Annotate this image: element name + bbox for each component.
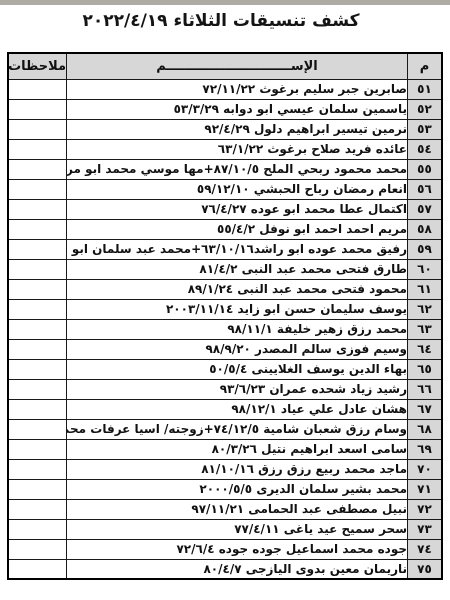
row-name-cell: رفيق محمد عوده ابو راشد٦٣/١٠/١٦+محمد عبد…	[67, 239, 408, 259]
row-number-cell: ٧٣	[408, 519, 443, 539]
coordination-list-table: م الإســــــــــــــــــــــــــــم ملاح…	[7, 52, 443, 580]
row-notes-cell	[8, 79, 67, 99]
row-name-cell: جوده محمد اسماعيل جوده جوده ٧٢/٦/٤	[67, 539, 408, 559]
table-row: ٧٣سحر سميح عيد ياغى ٧٧/٤/١١	[8, 519, 442, 539]
row-name-cell: سحر سميح عيد ياغى ٧٧/٤/١١	[67, 519, 408, 539]
row-notes-cell	[8, 419, 67, 439]
row-number-cell: ٥٤	[408, 139, 443, 159]
row-name-cell: وسيم فوزى سالم المصدر ٩٨/٩/٢٠	[67, 339, 408, 359]
row-notes-cell	[8, 299, 67, 319]
row-name-cell: طارق فتحى محمد عبد النبى ٨١/٤/٢	[67, 259, 408, 279]
row-number-cell: ٦٢	[408, 299, 443, 319]
row-notes-cell	[8, 239, 67, 259]
row-notes-cell	[8, 179, 67, 199]
row-number-cell: ٧١	[408, 479, 443, 499]
row-number-cell: ٥٩	[408, 239, 443, 259]
row-notes-cell	[8, 259, 67, 279]
table-row: ٦٨وسام رزق شعبان شامية ٧٤/١٢/٥+زوجته/ اس…	[8, 419, 442, 439]
table-row: ٧١محمد بشير سلمان الديرى ٢٠٠٠/٥/٥	[8, 479, 442, 499]
table-row: ٥٩رفيق محمد عوده ابو راشد٦٣/١٠/١٦+محمد ع…	[8, 239, 442, 259]
row-name-cell: محمد محمود ربحي الملح ٨٧/١٠/٥+مها موسي م…	[67, 159, 408, 179]
header-cell-number: م	[408, 53, 443, 79]
table-row: ٥٢ياسمين سلمان عيسي ابو دوابه ٥٣/٣/٢٩	[8, 99, 442, 119]
row-notes-cell	[8, 279, 67, 299]
row-name-cell: اكتمال عطا محمد ابو عوده ٧٦/٤/٢٧	[67, 199, 408, 219]
row-notes-cell	[8, 379, 67, 399]
header-row: م الإســــــــــــــــــــــــــــم ملاح…	[8, 53, 442, 79]
row-name-cell: ماجد محمد ربيع رزق رزق ٨١/١٠/١٦	[67, 459, 408, 479]
table-row: ٧٤جوده محمد اسماعيل جوده جوده ٧٢/٦/٤	[8, 539, 442, 559]
scan-edge-strip	[0, 0, 450, 5]
row-notes-cell	[8, 319, 67, 339]
row-number-cell: ٦٧	[408, 399, 443, 419]
table-row: ٦٩سامى اسعد ابراهيم نتيل ٨٠/٣/٢٦	[8, 439, 442, 459]
row-number-cell: ٦٣	[408, 319, 443, 339]
table-row: ٧٥ناريمان معين بدوى اليازجى ٨٠/٤/٧	[8, 559, 442, 579]
row-name-cell: محمود فتحى محمد عبد النبى ٨٩/١/٢٤	[67, 279, 408, 299]
row-number-cell: ٥٧	[408, 199, 443, 219]
row-name-cell: عائده فريد صلاح برغوث ٦٣/١/٢٢	[67, 139, 408, 159]
table-row: ٦٢يوسف سليمان حسن ابو زايد ٢٠٠٣/١١/١٤	[8, 299, 442, 319]
row-number-cell: ٦٦	[408, 379, 443, 399]
table-row: ٦١محمود فتحى محمد عبد النبى ٨٩/١/٢٤	[8, 279, 442, 299]
table-row: ٥٣نرمين تيسير ابراهيم دلول ٩٢/٤/٢٩	[8, 119, 442, 139]
row-name-cell: وسام رزق شعبان شامية ٧٤/١٢/٥+زوجته/ اسيا…	[67, 419, 408, 439]
document-title: كشف تنسيقات الثلاثاء ٢٠٢٢/٤/١٩	[0, 11, 442, 31]
row-number-cell: ٧٢	[408, 499, 443, 519]
row-name-cell: انعام رمضان رباح الحبشي ٥٩/١٢/١٠	[67, 179, 408, 199]
row-number-cell: ٦١	[408, 279, 443, 299]
table-row: ٦٦رشيد زياد شحده عمران ٩٣/٦/٢٣	[8, 379, 442, 399]
row-notes-cell	[8, 519, 67, 539]
table-row: ٦٥بهاء الدين يوسف الغلايينى ٥٠/٥/٤	[8, 359, 442, 379]
row-number-cell: ٥٣	[408, 119, 443, 139]
row-name-cell: محمد بشير سلمان الديرى ٢٠٠٠/٥/٥	[67, 479, 408, 499]
table-row: ٦٧هشان عادل علي عياد ٩٨/١٢/١	[8, 399, 442, 419]
header-cell-name: الإســــــــــــــــــــــــــــم	[67, 53, 408, 79]
row-notes-cell	[8, 479, 67, 499]
row-name-cell: هشان عادل علي عياد ٩٨/١٢/١	[67, 399, 408, 419]
row-name-cell: مريم احمد احمد ابو نوفل ٥٥/٤/٢	[67, 219, 408, 239]
row-name-cell: صابرين جبر سليم برغوث ٧٢/١١/٢٢	[67, 79, 408, 99]
row-name-cell: بهاء الدين يوسف الغلايينى ٥٠/٥/٤	[67, 359, 408, 379]
row-number-cell: ٥١	[408, 79, 443, 99]
table-header: م الإســــــــــــــــــــــــــــم ملاح…	[8, 53, 442, 79]
row-number-cell: ٥٥	[408, 159, 443, 179]
row-name-cell: نبيل مصطفى عبد الحمامى ٩٧/١١/٢١	[67, 499, 408, 519]
row-notes-cell	[8, 439, 67, 459]
table-row: ٦٣محمد رزق زهير خليفة ٩٨/١١/١	[8, 319, 442, 339]
row-notes-cell	[8, 199, 67, 219]
row-number-cell: ٦٠	[408, 259, 443, 279]
row-number-cell: ٦٨	[408, 419, 443, 439]
row-name-cell: ياسمين سلمان عيسي ابو دوابه ٥٣/٣/٢٩	[67, 99, 408, 119]
row-number-cell: ٥٢	[408, 99, 443, 119]
row-name-cell: سامى اسعد ابراهيم نتيل ٨٠/٣/٢٦	[67, 439, 408, 459]
table-row: ٥١صابرين جبر سليم برغوث ٧٢/١١/٢٢	[8, 79, 442, 99]
row-notes-cell	[8, 499, 67, 519]
table-body: ٥١صابرين جبر سليم برغوث ٧٢/١١/٢٢٥٢ياسمين…	[8, 79, 442, 579]
table-row: ٥٤عائده فريد صلاح برغوث ٦٣/١/٢٢	[8, 139, 442, 159]
table-row: ٥٥محمد محمود ربحي الملح ٨٧/١٠/٥+مها موسي…	[8, 159, 442, 179]
table-row: ٧٢نبيل مصطفى عبد الحمامى ٩٧/١١/٢١	[8, 499, 442, 519]
row-name-cell: ناريمان معين بدوى اليازجى ٨٠/٤/٧	[67, 559, 408, 579]
row-number-cell: ٦٥	[408, 359, 443, 379]
row-notes-cell	[8, 339, 67, 359]
row-notes-cell	[8, 459, 67, 479]
row-notes-cell	[8, 559, 67, 579]
table-row: ٧٠ماجد محمد ربيع رزق رزق ٨١/١٠/١٦	[8, 459, 442, 479]
row-number-cell: ٦٤	[408, 339, 443, 359]
row-name-cell: رشيد زياد شحده عمران ٩٣/٦/٢٣	[67, 379, 408, 399]
row-notes-cell	[8, 399, 67, 419]
row-name-cell: يوسف سليمان حسن ابو زايد ٢٠٠٣/١١/١٤	[67, 299, 408, 319]
row-name-cell: محمد رزق زهير خليفة ٩٨/١١/١	[67, 319, 408, 339]
document-page: كشف تنسيقات الثلاثاء ٢٠٢٢/٤/١٩ م الإســـ…	[0, 0, 450, 600]
row-notes-cell	[8, 159, 67, 179]
table-row: ٦٤وسيم فوزى سالم المصدر ٩٨/٩/٢٠	[8, 339, 442, 359]
table-row: ٥٧اكتمال عطا محمد ابو عوده ٧٦/٤/٢٧	[8, 199, 442, 219]
row-number-cell: ٥٨	[408, 219, 443, 239]
row-notes-cell	[8, 99, 67, 119]
row-notes-cell	[8, 359, 67, 379]
table-row: ٥٦انعام رمضان رباح الحبشي ٥٩/١٢/١٠	[8, 179, 442, 199]
row-name-cell: نرمين تيسير ابراهيم دلول ٩٢/٤/٢٩	[67, 119, 408, 139]
row-notes-cell	[8, 139, 67, 159]
row-number-cell: ٥٦	[408, 179, 443, 199]
header-cell-notes: ملاحظات	[8, 53, 67, 79]
row-number-cell: ٦٩	[408, 439, 443, 459]
table-row: ٥٨مريم احمد احمد ابو نوفل ٥٥/٤/٢	[8, 219, 442, 239]
row-notes-cell	[8, 539, 67, 559]
row-notes-cell	[8, 119, 67, 139]
row-number-cell: ٧٥	[408, 559, 443, 579]
row-number-cell: ٧٤	[408, 539, 443, 559]
row-number-cell: ٧٠	[408, 459, 443, 479]
table-row: ٦٠طارق فتحى محمد عبد النبى ٨١/٤/٢	[8, 259, 442, 279]
row-notes-cell	[8, 219, 67, 239]
